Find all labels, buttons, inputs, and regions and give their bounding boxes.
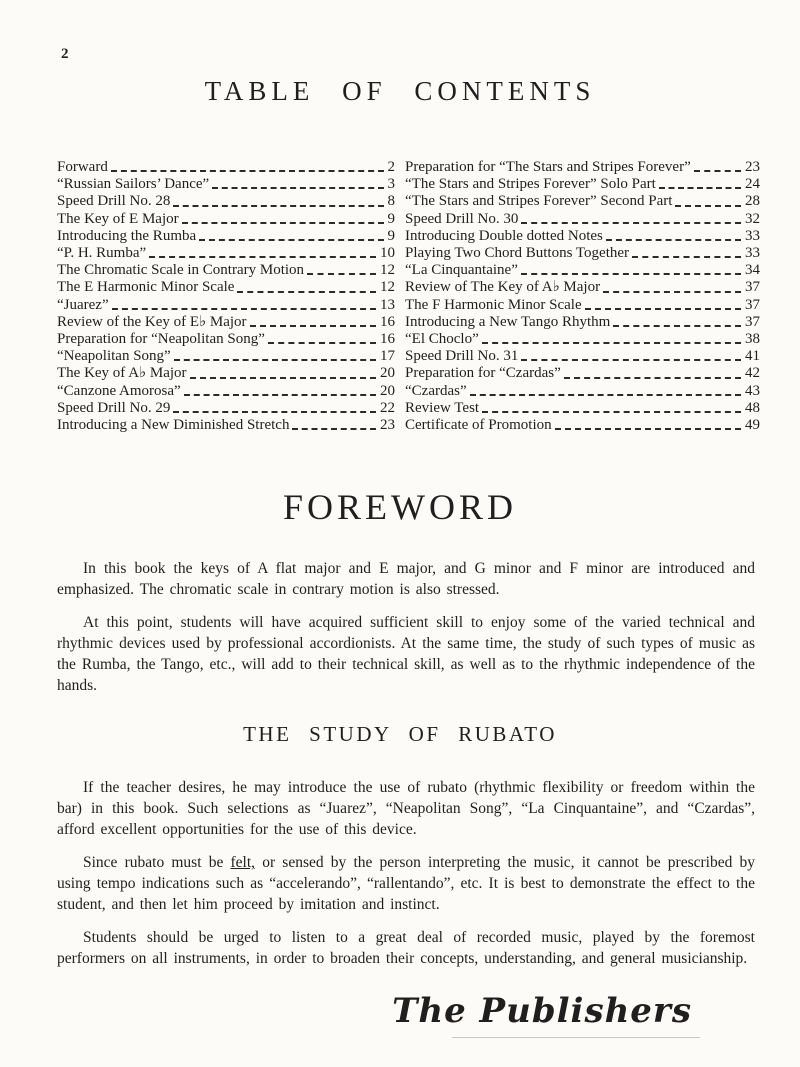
- toc-entry: Speed Drill No. 29 22: [57, 400, 395, 417]
- toc-leader-dashes: [521, 222, 741, 224]
- toc-entry-page: 28: [745, 193, 760, 210]
- toc-leader-dashes: [482, 411, 741, 413]
- toc-entry: The F Harmonic Minor Scale 37: [405, 297, 760, 314]
- toc-leader-dashes: [555, 428, 741, 430]
- toc-entry-title: Introducing the Rumba: [57, 228, 196, 245]
- toc-entry: Review of the Key of E♭ Major 16: [57, 314, 395, 331]
- toc-entry-title: “El Choclo”: [405, 331, 479, 348]
- toc-entry: The Key of E Major 9: [57, 211, 395, 228]
- toc-entry-title: “Neapolitan Song”: [57, 348, 171, 365]
- toc-entry-page: 17: [380, 348, 395, 365]
- toc-leader-dashes: [173, 205, 383, 207]
- toc-entry-page: 12: [380, 279, 395, 296]
- toc-entry-page: 23: [745, 159, 760, 176]
- toc-entry-title: Preparation for “Czardas”: [405, 365, 561, 382]
- toc-entry-page: 38: [745, 331, 760, 348]
- toc-entry-title: Review of the Key of E♭ Major: [57, 314, 247, 331]
- toc-entry: Review Test 48: [405, 400, 760, 417]
- toc-entry-page: 10: [380, 245, 395, 262]
- toc-entry: “El Choclo” 38: [405, 331, 760, 348]
- toc-entry: Review of The Key of A♭ Major 37: [405, 279, 760, 296]
- toc-entry-title: “Canzone Amorosa”: [57, 383, 181, 400]
- toc-entry: Preparation for “The Stars and Stripes F…: [405, 159, 760, 176]
- toc-leader-dashes: [250, 325, 376, 327]
- toc-entry-title: The Chromatic Scale in Contrary Motion: [57, 262, 304, 279]
- toc-leader-dashes: [268, 342, 376, 344]
- toc-leader-dashes: [237, 291, 376, 293]
- toc-entry-page: 2: [388, 159, 396, 176]
- toc-entry-title: “Juarez”: [57, 297, 109, 314]
- toc-entry-title: Review of The Key of A♭ Major: [405, 279, 600, 296]
- toc-entry: Introducing a New Tango Rhythm 37: [405, 314, 760, 331]
- toc-leader-dashes: [564, 377, 741, 379]
- toc-entry: “Juarez” 13: [57, 297, 395, 314]
- toc-leader-dashes: [603, 291, 741, 293]
- toc-leader-dashes: [632, 256, 741, 258]
- toc-entry-title: Introducing a New Tango Rhythm: [405, 314, 610, 331]
- toc-entry-page: 41: [745, 348, 760, 365]
- toc-entry-title: The Key of E Major: [57, 211, 179, 228]
- publishers-signature: The Publishers: [0, 991, 692, 1031]
- toc-entry-page: 9: [388, 211, 396, 228]
- toc-entry-title: Preparation for “The Stars and Stripes F…: [405, 159, 691, 176]
- toc-entry-title: “Czardas”: [405, 383, 467, 400]
- toc-leader-dashes: [292, 428, 376, 430]
- toc-leader-dashes: [112, 308, 376, 310]
- toc-entry-page: 43: [745, 383, 760, 400]
- toc-entry-title: Preparation for “Neapolitan Song”: [57, 331, 265, 348]
- toc-leader-dashes: [182, 222, 384, 224]
- toc-entry: “Canzone Amorosa” 20: [57, 383, 395, 400]
- toc-entry-page: 33: [745, 228, 760, 245]
- toc-entry-title: Forward: [57, 159, 108, 176]
- toc-entry: Preparation for “Neapolitan Song” 16: [57, 331, 395, 348]
- toc-leader-dashes: [694, 170, 741, 172]
- toc-entry-page: 20: [380, 365, 395, 382]
- signature-underline: [452, 1037, 700, 1038]
- page-number: 2: [61, 46, 69, 63]
- toc-leader-dashes: [659, 187, 741, 189]
- toc-entry-title: Speed Drill No. 29: [57, 400, 170, 417]
- toc-entry-page: 23: [380, 417, 395, 434]
- toc-entry: Speed Drill No. 30 32: [405, 211, 760, 228]
- toc-leader-dashes: [521, 359, 741, 361]
- toc-entry-page: 48: [745, 400, 760, 417]
- toc-leader-dashes: [482, 342, 741, 344]
- underlined-word-felt: felt,: [231, 854, 256, 871]
- foreword-paragraph-2: At this point, students will have acquir…: [57, 612, 755, 696]
- toc-leader-dashes: [521, 273, 741, 275]
- toc-leader-dashes: [606, 239, 741, 241]
- toc-entry-page: 16: [380, 314, 395, 331]
- toc-entry-page: 13: [380, 297, 395, 314]
- toc-entry: Forward 2: [57, 159, 395, 176]
- toc-entry-page: 22: [380, 400, 395, 417]
- toc-entry-title: Speed Drill No. 30: [405, 211, 518, 228]
- toc-entry-page: 20: [380, 383, 395, 400]
- toc-entry: Certificate of Promotion 49: [405, 417, 760, 434]
- toc-entry-title: “La Cinquantaine”: [405, 262, 518, 279]
- toc-entry: Introducing a New Diminished Stretch 23: [57, 417, 395, 434]
- toc-entry-page: 32: [745, 211, 760, 228]
- toc-leader-dashes: [613, 325, 741, 327]
- toc-entry-page: 42: [745, 365, 760, 382]
- toc-leader-dashes: [470, 394, 741, 396]
- toc-entry: “Russian Sailors’ Dance” 3: [57, 176, 395, 193]
- toc-entry: Introducing Double dotted Notes 33: [405, 228, 760, 245]
- toc-entry: “La Cinquantaine” 34: [405, 262, 760, 279]
- toc-entry: “Czardas” 43: [405, 383, 760, 400]
- toc-entry-page: 34: [745, 262, 760, 279]
- toc-leader-dashes: [149, 256, 376, 258]
- toc-entry: The Key of A♭ Major 20: [57, 365, 395, 382]
- book-page: 2 TABLE OF CONTENTS Forward 2 “Russian S…: [0, 0, 800, 1067]
- toc-entry-page: 37: [745, 279, 760, 296]
- toc-entry: Playing Two Chord Buttons Together 33: [405, 245, 760, 262]
- toc-entry: “Neapolitan Song” 17: [57, 348, 395, 365]
- toc-entry-title: “Russian Sailors’ Dance”: [57, 176, 209, 193]
- toc-entry-page: 9: [388, 228, 396, 245]
- toc-entry-page: 24: [745, 176, 760, 193]
- toc-entry-page: 33: [745, 245, 760, 262]
- toc-entry-page: 49: [745, 417, 760, 434]
- toc-entry-title: Introducing a New Diminished Stretch: [57, 417, 289, 434]
- toc-entry-title: Certificate of Promotion: [405, 417, 552, 434]
- toc-leader-dashes: [190, 377, 376, 379]
- toc-entry-title: Introducing Double dotted Notes: [405, 228, 603, 245]
- foreword-paragraph-1: In this book the keys of A flat major an…: [57, 558, 755, 600]
- toc-entry-page: 3: [388, 176, 396, 193]
- toc-leader-dashes: [111, 170, 384, 172]
- toc-entry-title: Speed Drill No. 28: [57, 193, 170, 210]
- toc-entry-title: “The Stars and Stripes Forever” Second P…: [405, 193, 672, 210]
- toc-column-left: Forward 2 “Russian Sailors’ Dance” 3 Spe…: [57, 159, 395, 434]
- table-of-contents: Forward 2 “Russian Sailors’ Dance” 3 Spe…: [57, 159, 760, 434]
- toc-entry-page: 37: [745, 314, 760, 331]
- toc-entry: “P. H. Rumba” 10: [57, 245, 395, 262]
- toc-entry: “The Stars and Stripes Forever” Second P…: [405, 193, 760, 210]
- toc-entry-page: 12: [380, 262, 395, 279]
- toc-entry: Preparation for “Czardas” 42: [405, 365, 760, 382]
- toc-entry-title: Speed Drill No. 31: [405, 348, 518, 365]
- toc-leader-dashes: [307, 273, 376, 275]
- toc-title: TABLE OF CONTENTS: [0, 0, 800, 107]
- toc-entry-title: The E Harmonic Minor Scale: [57, 279, 234, 296]
- toc-entry-title: “The Stars and Stripes Forever” Solo Par…: [405, 176, 656, 193]
- toc-entry-page: 37: [745, 297, 760, 314]
- toc-leader-dashes: [199, 239, 383, 241]
- foreword-title: FOREWORD: [0, 434, 800, 528]
- toc-entry: “The Stars and Stripes Forever” Solo Par…: [405, 176, 760, 193]
- toc-entry-page: 16: [380, 331, 395, 348]
- rubato-paragraph-2: Since rubato must be felt, or sensed by …: [57, 852, 755, 915]
- toc-entry-page: 8: [388, 193, 396, 210]
- rubato-paragraph-1: If the teacher desires, he may introduce…: [57, 777, 755, 840]
- toc-entry-title: Review Test: [405, 400, 479, 417]
- toc-leader-dashes: [173, 411, 376, 413]
- toc-leader-dashes: [675, 205, 741, 207]
- toc-entry-title: Playing Two Chord Buttons Together: [405, 245, 629, 262]
- toc-entry: The Chromatic Scale in Contrary Motion 1…: [57, 262, 395, 279]
- toc-column-right: Preparation for “The Stars and Stripes F…: [405, 159, 760, 434]
- toc-leader-dashes: [212, 187, 383, 189]
- toc-entry-title: “P. H. Rumba”: [57, 245, 146, 262]
- toc-leader-dashes: [174, 359, 376, 361]
- toc-leader-dashes: [585, 308, 741, 310]
- toc-leader-dashes: [184, 394, 376, 396]
- toc-entry: Speed Drill No. 31 41: [405, 348, 760, 365]
- rubato-section-title: THE STUDY OF RUBATO: [0, 696, 800, 747]
- toc-entry-title: The F Harmonic Minor Scale: [405, 297, 582, 314]
- rubato-paragraph-2-pre: Since rubato must be: [83, 854, 231, 871]
- rubato-paragraph-3: Students should be urged to listen to a …: [57, 927, 755, 969]
- toc-entry-title: The Key of A♭ Major: [57, 365, 187, 382]
- toc-entry: Speed Drill No. 28 8: [57, 193, 395, 210]
- toc-entry: The E Harmonic Minor Scale 12: [57, 279, 395, 296]
- toc-entry: Introducing the Rumba 9: [57, 228, 395, 245]
